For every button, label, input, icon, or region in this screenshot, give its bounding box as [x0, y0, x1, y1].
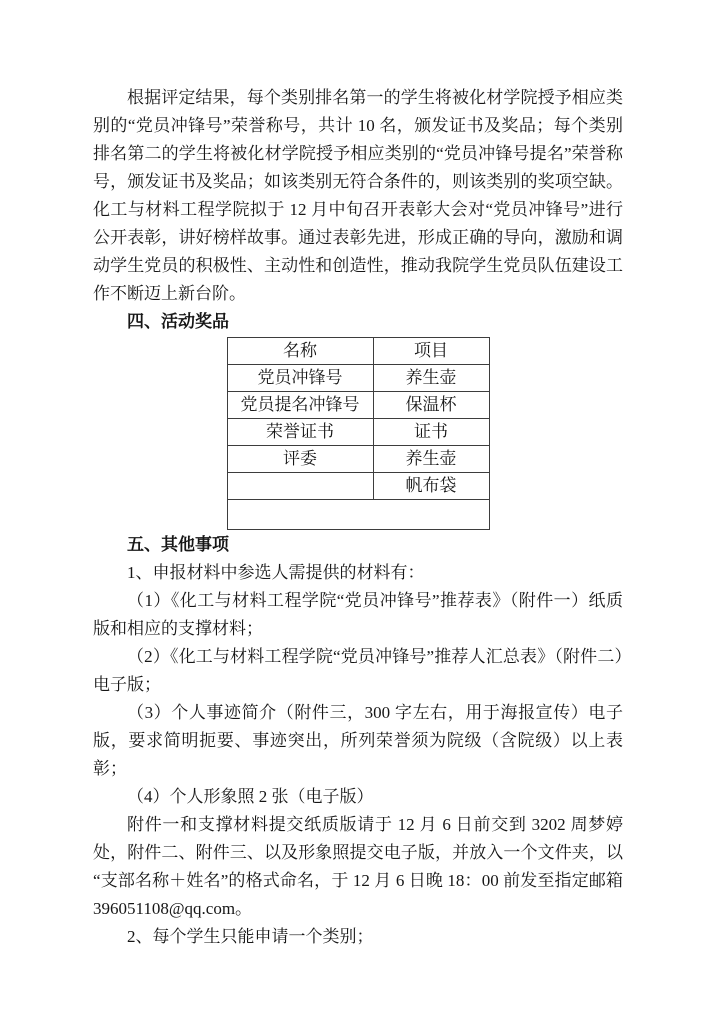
prize-table: 名称 项目 党员冲锋号 养生壶 党员提名冲锋号 保温杯 荣誉证书 证书 评委 — [227, 337, 490, 530]
prize-table-empty-row — [227, 500, 489, 530]
prize-item-cell: 证书 — [373, 419, 489, 446]
prize-table-header-item: 项目 — [373, 338, 489, 365]
prize-item-cell: 保温杯 — [373, 392, 489, 419]
prize-table-header-name: 名称 — [227, 338, 373, 365]
prize-table-row: 评委 养生壶 — [227, 446, 489, 473]
section-five-heading: 五、其他事项 — [93, 531, 623, 559]
other-item-1: 1、申报材料中参选人需提供的材料有： — [93, 559, 623, 587]
other-item-material-3: （3）个人事迹简介（附件三，300 字左右，用于海报宣传）电子版，要求简明扼要、… — [93, 699, 623, 783]
prize-table-row: 荣誉证书 证书 — [227, 419, 489, 446]
prize-name-cell: 荣誉证书 — [227, 419, 373, 446]
other-item-2: 2、每个学生只能申请一个类别； — [93, 923, 623, 951]
prize-item-cell: 养生壶 — [373, 446, 489, 473]
prize-name-cell: 评委 — [227, 446, 373, 473]
intro-paragraph: 根据评定结果，每个类别排名第一的学生将被化材学院授予相应类别的“党员冲锋号”荣誉… — [93, 84, 623, 308]
prize-name-cell: 党员冲锋号 — [227, 365, 373, 392]
prize-name-cell — [227, 473, 373, 500]
prize-table-header-row: 名称 项目 — [227, 338, 489, 365]
document-content: 根据评定结果，每个类别排名第一的学生将被化材学院授予相应类别的“党员冲锋号”荣誉… — [93, 84, 623, 951]
other-item-material-4: （4）个人形象照 2 张（电子版） — [93, 783, 623, 811]
prize-name-cell: 党员提名冲锋号 — [227, 392, 373, 419]
prize-table-row: 党员冲锋号 养生壶 — [227, 365, 489, 392]
submission-instructions-paragraph: 附件一和支撑材料提交纸质版请于 12 月 6 日前交到 3202 周梦婷处，附件… — [93, 811, 623, 923]
prize-table-row: 党员提名冲锋号 保温杯 — [227, 392, 489, 419]
section-four-heading: 四、活动奖品 — [93, 308, 623, 336]
prize-table-row: 帆布袋 — [227, 473, 489, 500]
document-page: 根据评定结果，每个类别排名第一的学生将被化材学院授予相应类别的“党员冲锋号”荣誉… — [0, 0, 720, 1018]
prize-item-cell: 养生壶 — [373, 365, 489, 392]
other-item-material-1: （1）《化工与材料工程学院“党员冲锋号”推荐表》（附件一）纸质版和相应的支撑材料… — [93, 587, 623, 643]
prize-table-merged-empty-cell — [227, 500, 489, 530]
other-item-material-2: （2）《化工与材料工程学院“党员冲锋号”推荐人汇总表》（附件二）电子版； — [93, 643, 623, 699]
prize-item-cell: 帆布袋 — [373, 473, 489, 500]
